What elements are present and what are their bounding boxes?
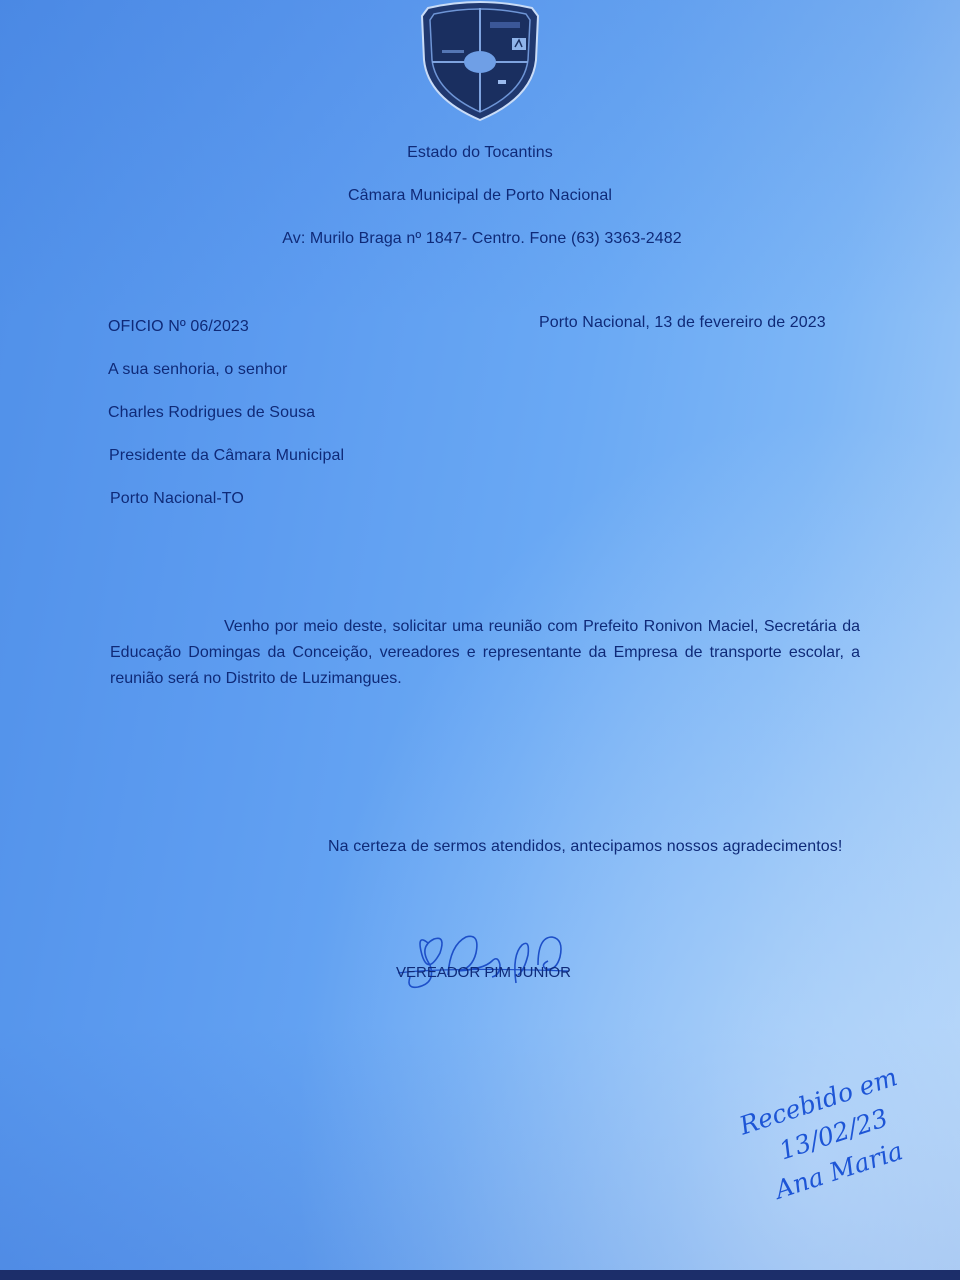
- signature-scribble: [388, 925, 588, 1000]
- recipient-location: Porto Nacional-TO: [110, 490, 244, 508]
- salutation: A sua senhoria, o senhor: [108, 361, 287, 379]
- coat-of-arms-icon: [414, 0, 546, 122]
- body-paragraph: Venho por meio deste, solicitar uma reun…: [110, 614, 860, 692]
- signatory-name: VEREADOR PIM JUNIOR: [396, 964, 571, 981]
- place-date: Porto Nacional, 13 de fevereiro de 2023: [539, 314, 826, 332]
- oficio-number: OFICIO Nº 06/2023: [108, 318, 249, 336]
- state-name: Estado do Tocantins: [0, 144, 960, 162]
- closing-line: Na certeza de sermos atendidos, antecipa…: [328, 838, 842, 856]
- table-edge: [0, 1270, 960, 1280]
- institution-address: Av: Murilo Braga nº 1847- Centro. Fone (…: [2, 230, 960, 248]
- recipient-title: Presidente da Câmara Municipal: [109, 447, 344, 465]
- institution-name: Câmara Municipal de Porto Nacional: [0, 187, 960, 205]
- receipt-note: Recebido em 13/02/23 Ana Maria: [735, 1048, 959, 1213]
- recipient-name: Charles Rodrigues de Sousa: [108, 404, 315, 422]
